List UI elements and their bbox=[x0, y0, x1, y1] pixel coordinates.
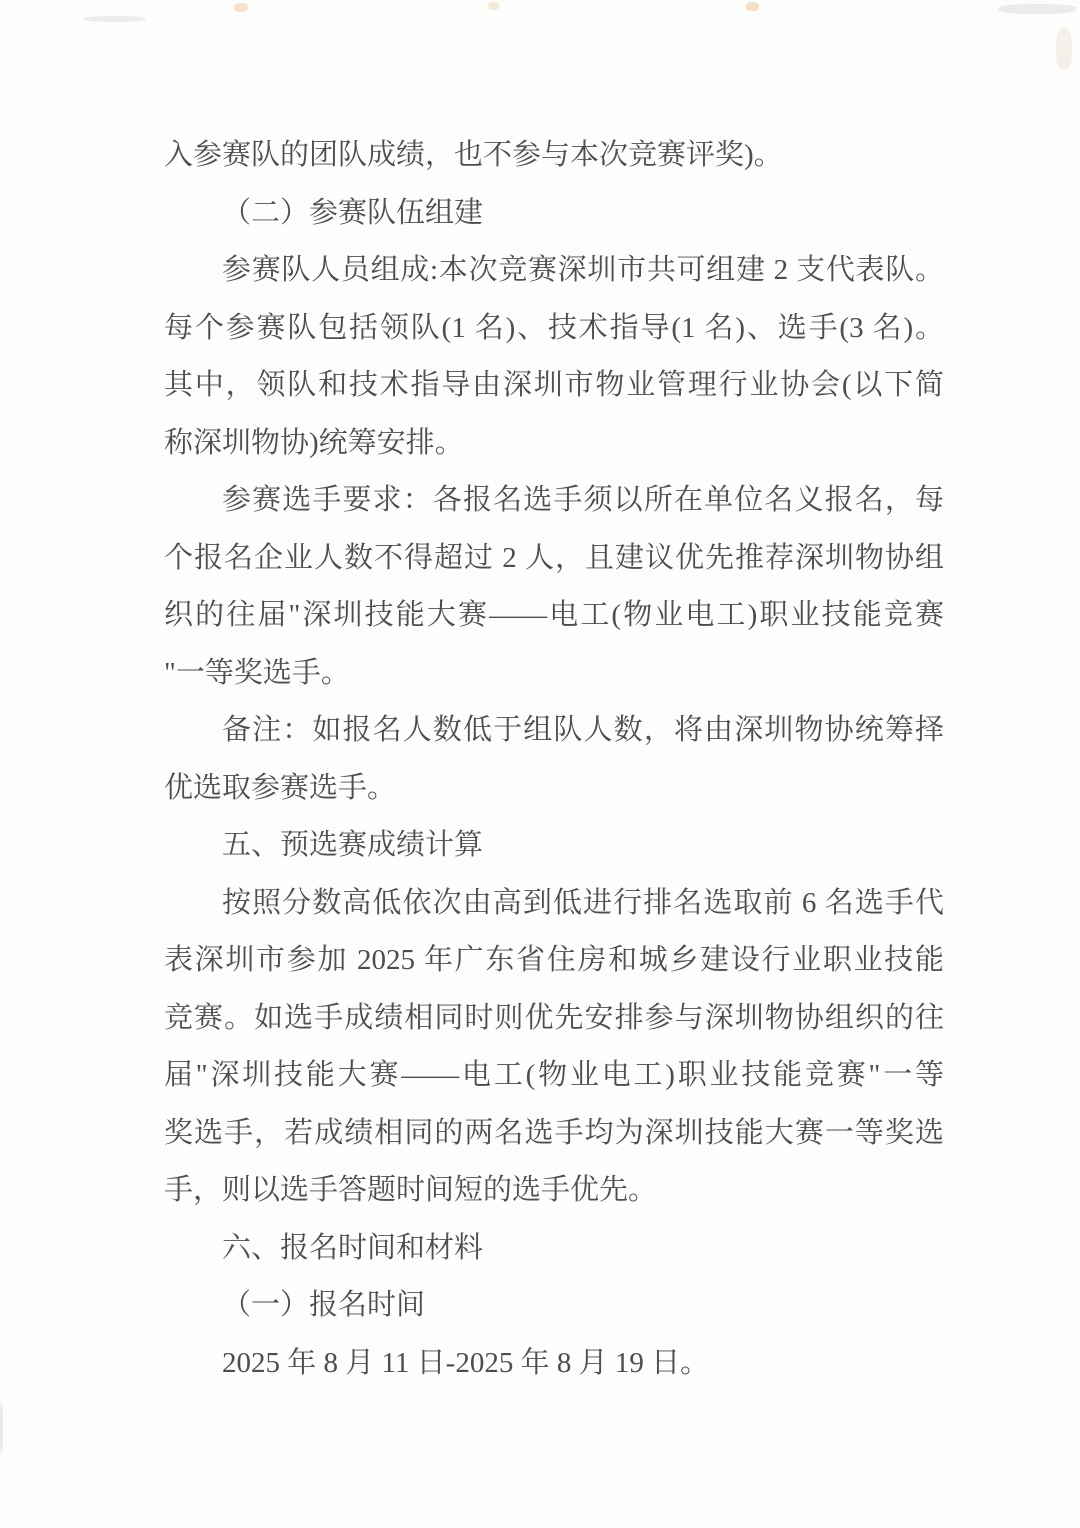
text-line: 每个参赛队包括领队(1 名)、技术指导(1 名)、选手(3 名)。 bbox=[164, 300, 944, 358]
text-line: 个报名企业人数不得超过 2 人，且建议优先推荐深圳物协组 bbox=[164, 530, 944, 588]
text-line: （二）参赛队伍组建 bbox=[164, 185, 944, 243]
text-line: 参赛队人员组成:本次竞赛深圳市共可组建 2 支代表队。 bbox=[164, 242, 944, 300]
text-line: 表深圳市参加 2025 年广东省住房和城乡建设行业职业技能 bbox=[164, 932, 944, 990]
text-line: （一）报名时间 bbox=[164, 1277, 944, 1335]
document-text: 入参赛队的团队成绩，也不参与本次竞赛评奖)。（二）参赛队伍组建参赛队人员组成:本… bbox=[164, 127, 944, 1392]
scan-artifact bbox=[234, 3, 248, 12]
text-line: 参赛选手要求：各报名选手须以所在单位名义报名，每 bbox=[164, 472, 944, 530]
scan-artifact bbox=[84, 16, 146, 22]
scan-artifact bbox=[488, 2, 499, 10]
scan-artifact bbox=[998, 4, 1076, 14]
text-line: 届"深圳技能大赛——电工(物业电工)职业技能竞赛"一等 bbox=[164, 1047, 944, 1105]
text-line: 优选取参赛选手。 bbox=[164, 760, 944, 818]
text-line: 五、预选赛成绩计算 bbox=[164, 817, 944, 875]
text-line: 备注：如报名人数低于组队人数，将由深圳物协统筹择 bbox=[164, 702, 944, 760]
text-line: 称深圳物协)统筹安排。 bbox=[164, 415, 944, 473]
text-line: 入参赛队的团队成绩，也不参与本次竞赛评奖)。 bbox=[164, 127, 944, 185]
scan-artifact bbox=[746, 2, 759, 11]
text-line: 按照分数高低依次由高到低进行排名选取前 6 名选手代 bbox=[164, 875, 944, 933]
text-line: 竞赛。如选手成绩相同时则优先安排参与深圳物协组织的往 bbox=[164, 990, 944, 1048]
scan-artifact bbox=[0, 1402, 3, 1454]
text-line: 2025 年 8 月 11 日-2025 年 8 月 19 日。 bbox=[164, 1335, 944, 1393]
text-line: 其中，领队和技术指导由深圳市物业管理行业协会(以下简 bbox=[164, 357, 944, 415]
document-page: 入参赛队的团队成绩，也不参与本次竞赛评奖)。（二）参赛队伍组建参赛队人员组成:本… bbox=[0, 0, 1080, 1528]
scan-artifact bbox=[1056, 28, 1072, 70]
text-line: 六、报名时间和材料 bbox=[164, 1220, 944, 1278]
text-line: "一等奖选手。 bbox=[164, 645, 944, 703]
text-line: 织的往届"深圳技能大赛——电工(物业电工)职业技能竞赛 bbox=[164, 587, 944, 645]
text-line: 奖选手，若成绩相同的两名选手均为深圳技能大赛一等奖选 bbox=[164, 1105, 944, 1163]
text-line: 手，则以选手答题时间短的选手优先。 bbox=[164, 1162, 944, 1220]
